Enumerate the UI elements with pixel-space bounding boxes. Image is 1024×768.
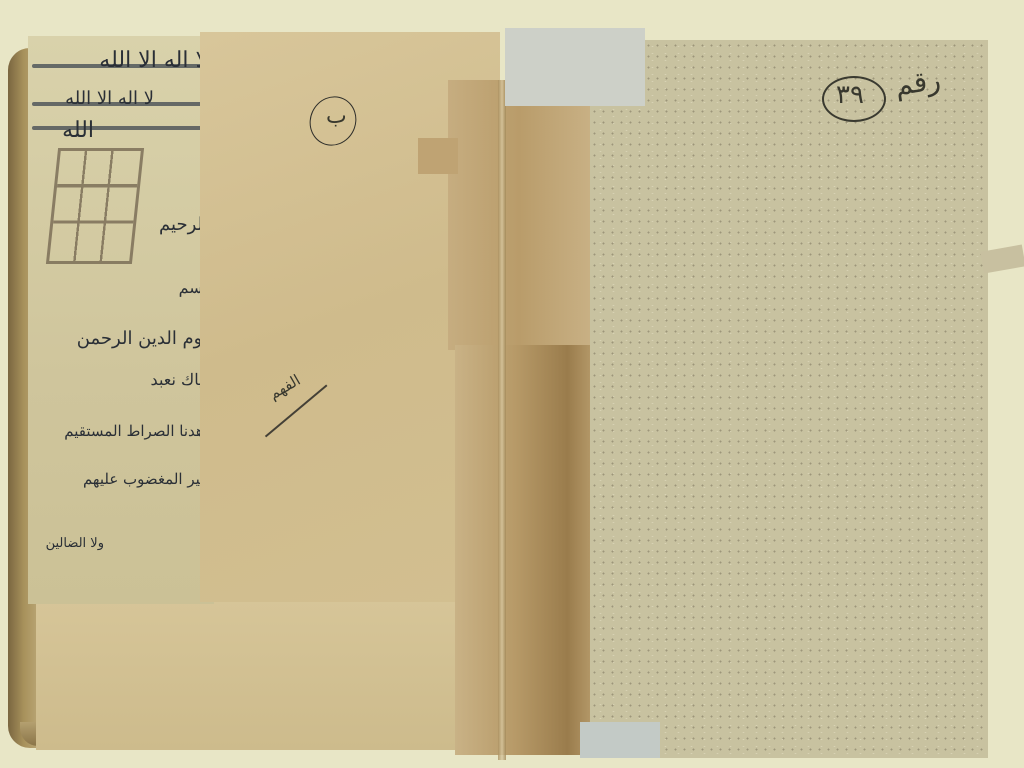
cloth-repair-top	[505, 28, 645, 106]
fragment-line: الله	[62, 118, 94, 143]
fragment-line: لا اله الا الله	[99, 48, 208, 73]
cloth-repair-bottom	[580, 722, 660, 758]
fragment-line: يوم الدين الرحمن	[77, 328, 208, 349]
repair-strip-tab	[418, 138, 458, 174]
shelfmark-number: ٣٩	[836, 80, 864, 110]
repair-strip-upper	[448, 80, 590, 350]
fragment-line: ولا الضالين	[46, 536, 104, 551]
pastedown	[590, 40, 988, 758]
fragment-line: غير المغضوب عليهم	[83, 470, 208, 488]
shelfmark-label: رقم	[893, 63, 943, 102]
spine-seam	[498, 80, 506, 760]
fragment-line: اهدنا الصراط المستقيم	[64, 422, 208, 440]
fragment-line: لا اله الا الله	[65, 88, 154, 109]
folio-mark: ب	[326, 104, 347, 129]
manuscript-fragment: لا اله الا الله لا اله الا الله الله الر…	[28, 36, 214, 604]
grid-sketch	[46, 148, 144, 264]
repair-strip-lower	[455, 345, 605, 755]
lower-leaf	[36, 600, 506, 750]
